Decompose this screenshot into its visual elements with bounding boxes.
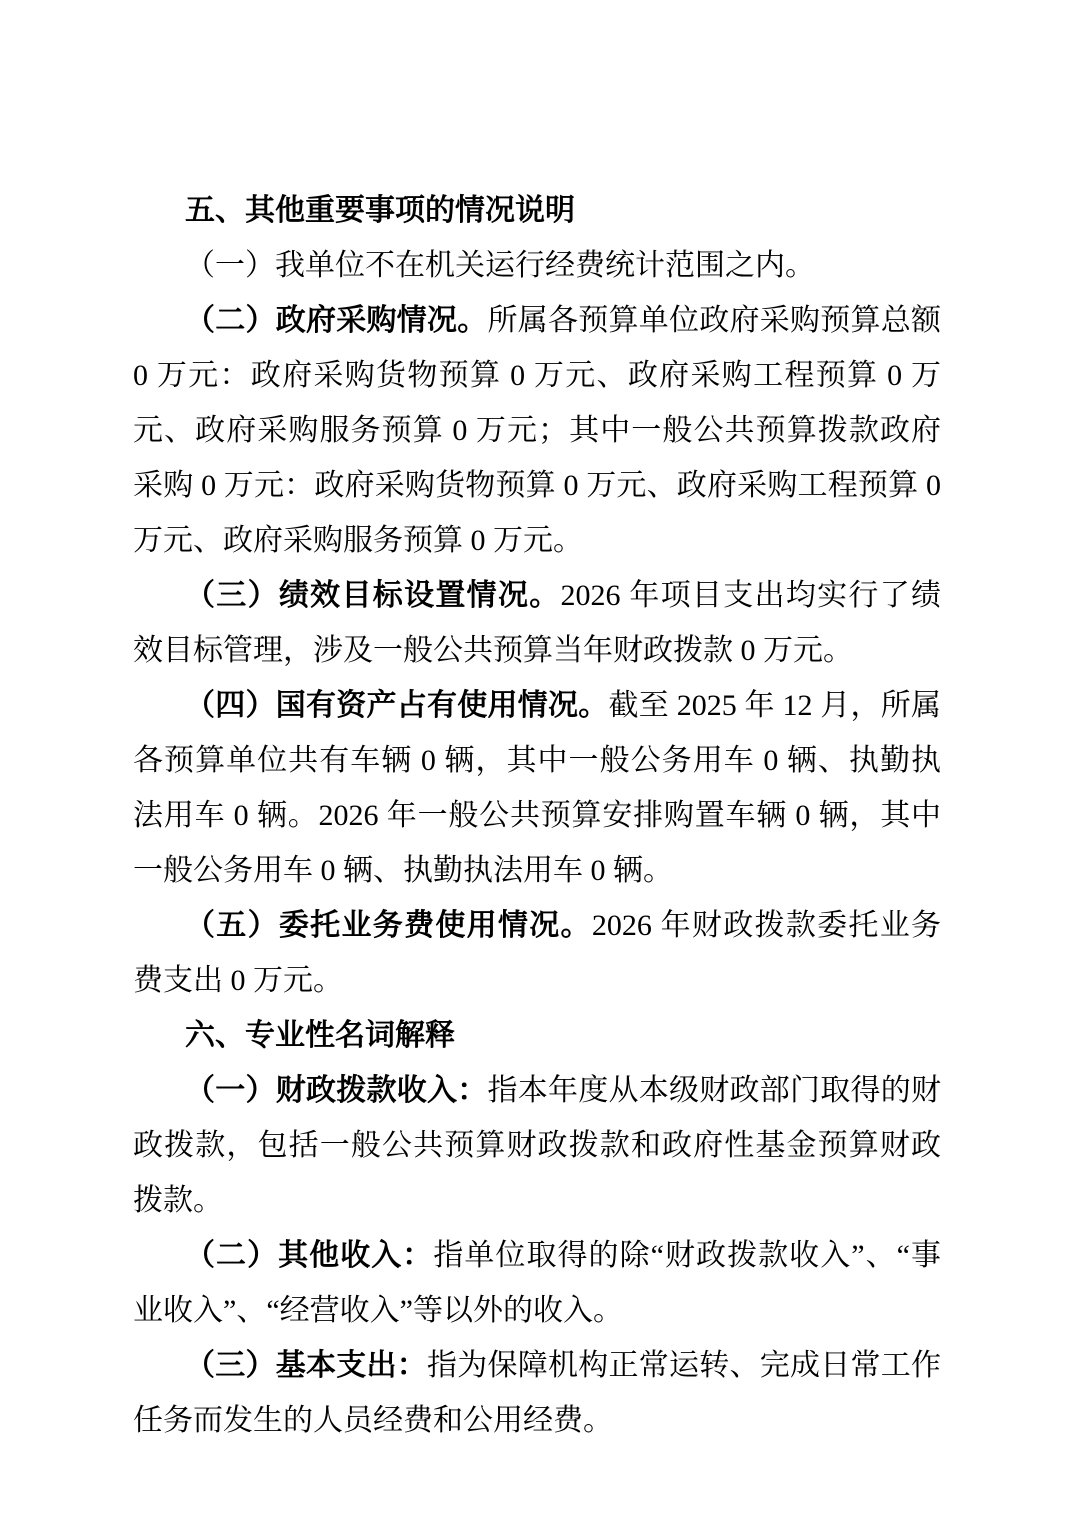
paragraph-performance-targets: （三）绩效目标设置情况。2026 年项目支出均实行了绩效目标管理，涉及一般公共预… — [133, 568, 941, 678]
document-text: 五、其他重要事项的情况说明 （一）我单位不在机关运行经费统计范围之内。 （二）政… — [133, 183, 941, 1448]
paragraph-lead: （一）财政拨款收入： — [185, 1074, 488, 1107]
paragraph-lead: （五）委托业务费使用情况。 — [185, 909, 592, 942]
paragraph-other-income: （二）其他收入：指单位取得的除“财政拨款收入”、“事业收入”、“经营收入”等以外… — [133, 1228, 941, 1338]
paragraph-entrusted-business-fees: （五）委托业务费使用情况。2026 年财政拨款委托业务费支出 0 万元。 — [133, 898, 941, 1008]
paragraph-fiscal-appropriation-income: （一）财政拨款收入：指本年度从本级财政部门取得的财政拨款，包括一般公共预算财政拨… — [133, 1063, 941, 1228]
paragraph-lead: （二）其他收入： — [185, 1239, 433, 1272]
section-heading-other-important-matters: 五、其他重要事项的情况说明 — [133, 183, 941, 238]
paragraph-government-procurement: （二）政府采购情况。所属各预算单位政府采购预算总额 0 万元：政府采购货物预算 … — [133, 293, 941, 568]
paragraph-lead: （二）政府采购情况。 — [185, 304, 488, 337]
paragraph-basic-expenditure: （三）基本支出：指为保障机构正常运转、完成日常工作任务而发生的人员经费和公用经费… — [133, 1338, 941, 1448]
document-page: 五、其他重要事项的情况说明 （一）我单位不在机关运行经费统计范围之内。 （二）政… — [0, 0, 1074, 1520]
section-heading-terminology: 六、专业性名词解释 — [133, 1008, 941, 1063]
paragraph-lead: （三）绩效目标设置情况。 — [185, 579, 561, 612]
paragraph-state-owned-assets: （四）国有资产占有使用情况。截至 2025 年 12 月，所属各预算单位共有车辆… — [133, 678, 941, 898]
paragraph-text: （一）我单位不在机关运行经费统计范围之内。 — [185, 249, 815, 282]
paragraph-text: 所属各预算单位政府采购预算总额 0 万元：政府采购货物预算 0 万元、政府采购工… — [133, 304, 941, 557]
paragraph-agency-operating-funds: （一）我单位不在机关运行经费统计范围之内。 — [133, 238, 941, 293]
paragraph-lead: （三）基本支出： — [185, 1349, 427, 1382]
paragraph-lead: （四）国有资产占有使用情况。 — [185, 689, 609, 722]
